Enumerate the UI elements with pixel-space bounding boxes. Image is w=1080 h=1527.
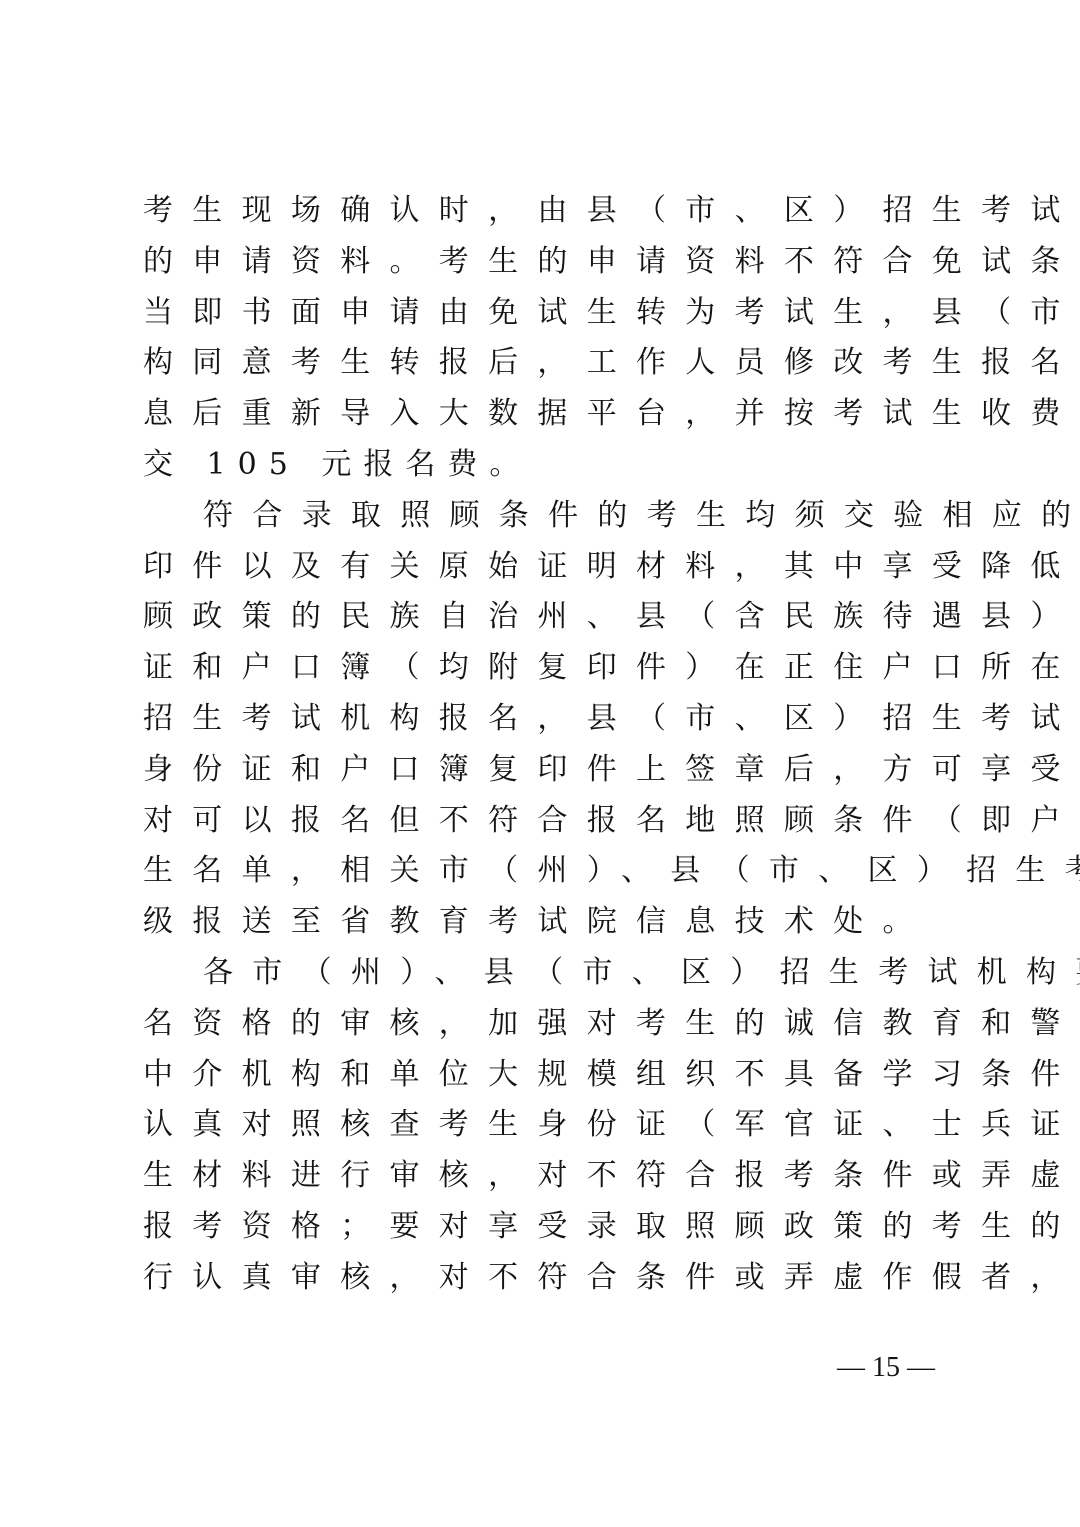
text-line: 当即书面申请由免试生转为考试生，县（市、区）招生考试机 xyxy=(143,288,953,339)
text-line: 考生现场确认时，由县（市、区）招生考试机构当场审核考生 xyxy=(143,186,953,237)
text-line: 生材料进行审核，对不符合报考条件或弄虚作假者，应取消其 xyxy=(143,1151,953,1202)
text-line: 对可以报名但不符合报名地照顾条件（即户口不在当地）的考 xyxy=(143,796,953,847)
body-text: 考生现场确认时，由县（市、区）招生考试机构当场审核考生 的申请资料。考生的申请资… xyxy=(143,186,953,1304)
text-line: 报考资格；要对享受录取照顾政策的考生的相应证件及材料进 xyxy=(143,1202,953,1253)
text-line: 生名单，相关市（州）、县（市、区）招生考试机构汇总后应逐 xyxy=(143,846,953,897)
text-line: 印件以及有关原始证明材料，其中享受降低录取控制分数线照 xyxy=(143,542,953,593)
document-page: 考生现场确认时，由县（市、区）招生考试机构当场审核考生 的申请资料。考生的申请资… xyxy=(0,0,1080,1527)
text-line-indented: 各市（州）、县（市、区）招生考试机构要切实加强考生报 xyxy=(143,948,953,999)
text-line-indented: 符合录取照顾条件的考生均须交验相应的原始证件及其复 xyxy=(143,491,953,542)
text-line: 身份证和户口簿复印件上签章后，方可享受相应的降分照顾。 xyxy=(143,745,953,796)
text-line: 息后重新导入大数据平台，并按考试生收费标准让考生现场补 xyxy=(143,389,953,440)
text-line: 级报送至省教育考试院信息技术处。 xyxy=(143,897,953,948)
text-line: 行认真审核，对不符合条件或弄虚作假者，应取消其相应的照 xyxy=(143,1253,953,1304)
text-line: 构同意考生转报后，工作人员修改考生报名号、考生类别等信 xyxy=(143,338,953,389)
text-line: 中介机构和单位大规模组织不具备学习条件人员异地报考。要 xyxy=(143,1050,953,1101)
text-line: 交 105 元报名费。 xyxy=(143,440,953,491)
text-line: 的申请资料。考生的申请资料不符合免试条件的，考生本人可 xyxy=(143,237,953,288)
text-line: 顾政策的民族自治州、县（含民族待遇县）的考生，须持身份 xyxy=(143,592,953,643)
text-line: 证和户口簿（均附复印件）在正住户口所在地的县（市、区） xyxy=(143,643,953,694)
text-line: 名资格的审核，加强对考生的诚信教育和警示教育，坚决防范 xyxy=(143,999,953,1050)
text-line: 招生考试机构报名，县（市、区）招生考试机构审核合格且在 xyxy=(143,694,953,745)
page-number: — 15 — xyxy=(836,1352,936,1384)
text-line: 认真对照核查考生身份证（军官证、士兵证），按报考条件对考 xyxy=(143,1100,953,1151)
